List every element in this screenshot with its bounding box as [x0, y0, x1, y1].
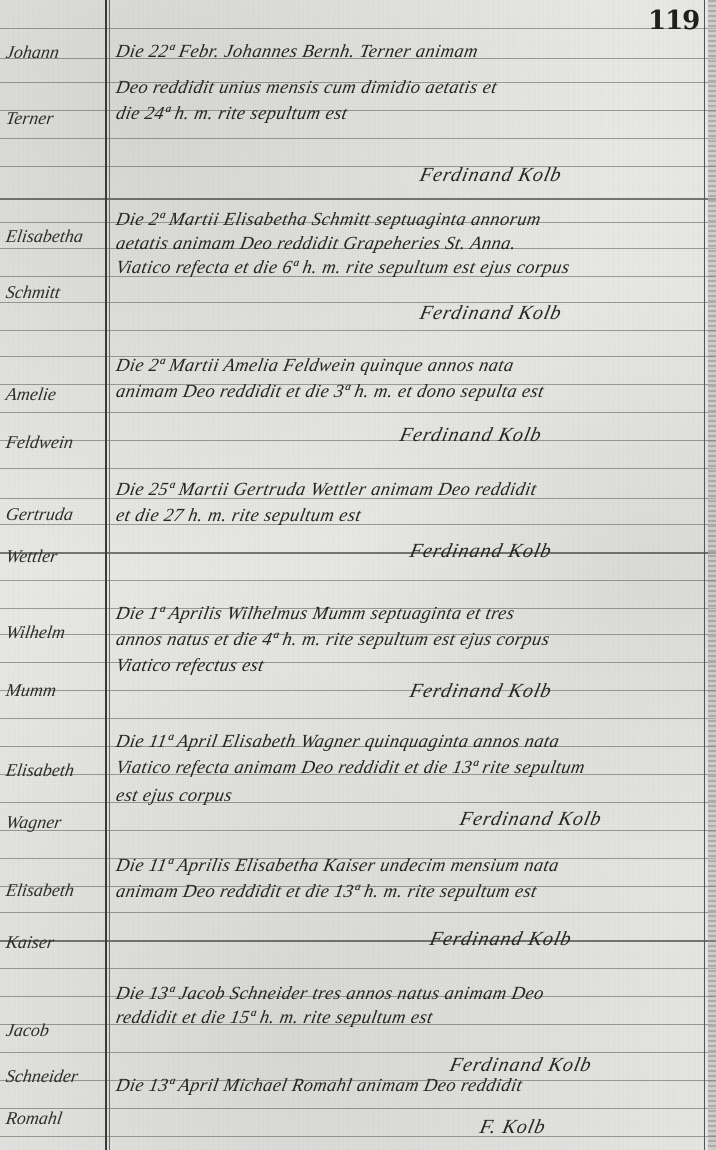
ruled-line — [0, 968, 716, 969]
priest-signature: Ferdinand Kolb — [448, 1054, 594, 1077]
margin-name-last: Feldwein — [5, 432, 106, 453]
margin-name-last: Schmitt — [5, 282, 106, 303]
entry-text-line: Die 22ª Febr. Johannes Bernh. Terner ani… — [114, 42, 703, 63]
margin-name-first: Wilhelm — [5, 622, 106, 643]
margin-name-first: Amelie — [5, 384, 106, 405]
margin-name-last: Romahl — [5, 1108, 106, 1129]
margin-name-last: Wettler — [5, 546, 106, 567]
entry-text-line: animam Deo reddidit et die 13ª h. m. rit… — [114, 882, 703, 903]
margin-name-first: Johann — [5, 42, 106, 63]
priest-signature: Ferdinand Kolb — [398, 424, 544, 447]
ruled-line — [0, 912, 716, 913]
priest-signature: Ferdinand Kolb — [418, 302, 564, 325]
priest-signature: Ferdinand Kolb — [408, 680, 554, 703]
entry-text-line: Die 2ª Martii Elisabetha Schmitt septuag… — [114, 210, 703, 231]
entry-text-line: annos natus et die 4ª h. m. rite sepultu… — [114, 630, 703, 651]
page-number: 119 — [648, 6, 699, 36]
register-page: 119 Johann Terner Die 22ª Febr. Johannes… — [0, 0, 716, 1150]
margin-name-first: Jacob — [5, 1020, 106, 1041]
ruled-line — [0, 28, 716, 29]
ruled-line — [0, 1108, 716, 1109]
entry-text-line: Die 11ª Aprilis Elisabetha Kaiser undeci… — [114, 856, 703, 877]
margin-name-last: Kaiser — [5, 932, 106, 953]
ruled-line — [0, 1052, 716, 1053]
priest-signature: Ferdinand Kolb — [408, 540, 554, 563]
entry-text-line: Die 1ª Aprilis Wilhelmus Mumm septuagint… — [114, 604, 703, 625]
entry-text-line: Die 13ª Jacob Schneider tres annos natus… — [114, 984, 703, 1005]
entry-text-line: Die 13ª April Michael Romahl animam Deo … — [114, 1076, 703, 1097]
ruled-line — [0, 440, 716, 441]
entry-text-line: Viatico refectus est — [114, 656, 703, 677]
margin-name-first: Elisabeth — [5, 760, 106, 781]
ruled-line — [0, 718, 716, 719]
entry-text-line: Die 2ª Martii Amelia Feldwein quinque an… — [114, 356, 703, 377]
margin-name-last: Mumm — [5, 680, 106, 701]
priest-signature: Ferdinand Kolb — [428, 928, 574, 951]
ruled-line — [0, 166, 716, 167]
entry-text-line: est ejus corpus — [114, 786, 703, 807]
margin-name-first: Elisabetha — [5, 226, 106, 247]
entry-text-line: Viatico refecta et die 6ª h. m. rite sep… — [114, 258, 703, 279]
margin-name-last: Terner — [5, 108, 106, 129]
ruled-line — [0, 552, 716, 554]
entry-text-line: reddidit et die 15ª h. m. rite sepultum … — [114, 1008, 703, 1029]
entry-text-line: Viatico refecta animam Deo reddidit et d… — [114, 758, 703, 779]
entry-text-line: Die 11ª April Elisabeth Wagner quinquagi… — [114, 732, 703, 753]
paper-texture — [0, 0, 716, 1150]
margin-divider-secondary — [109, 0, 110, 1150]
ruled-line — [0, 138, 716, 139]
entry-text-line: et die 27 h. m. rite sepultum est — [114, 506, 703, 527]
ruled-line — [0, 412, 716, 413]
ruled-line — [0, 690, 716, 691]
ruled-line — [0, 198, 716, 200]
ruled-line — [0, 580, 716, 581]
ruled-line — [0, 330, 716, 331]
ruled-line — [0, 1136, 716, 1137]
priest-signature: Ferdinand Kolb — [418, 164, 564, 187]
margin-name-last: Schneider — [5, 1066, 106, 1087]
margin-name-first: Gertruda — [5, 504, 106, 525]
ruled-line — [0, 302, 716, 303]
entry-text-line: Die 25ª Martii Gertruda Wettler animam D… — [114, 480, 703, 501]
ruled-line — [0, 940, 716, 942]
entry-text-line: aetatis animam Deo reddidit Grapeheries … — [114, 234, 703, 255]
margin-name-last: Wagner — [5, 812, 106, 833]
entry-text-line: Deo reddidit unius mensis cum dimidio ae… — [114, 78, 703, 99]
entry-text-line: die 24ª h. m. rite sepultum est — [114, 104, 703, 125]
ruled-line — [0, 830, 716, 831]
page-edge — [708, 0, 716, 1150]
ruled-line — [0, 468, 716, 469]
right-border-rule — [704, 0, 705, 1150]
priest-signature: F. Kolb — [478, 1116, 548, 1139]
entry-text-line: animam Deo reddidit et die 3ª h. m. et d… — [114, 382, 703, 403]
margin-name-first: Elisabeth — [5, 880, 106, 901]
margin-divider — [105, 0, 107, 1150]
priest-signature: Ferdinand Kolb — [458, 808, 604, 831]
